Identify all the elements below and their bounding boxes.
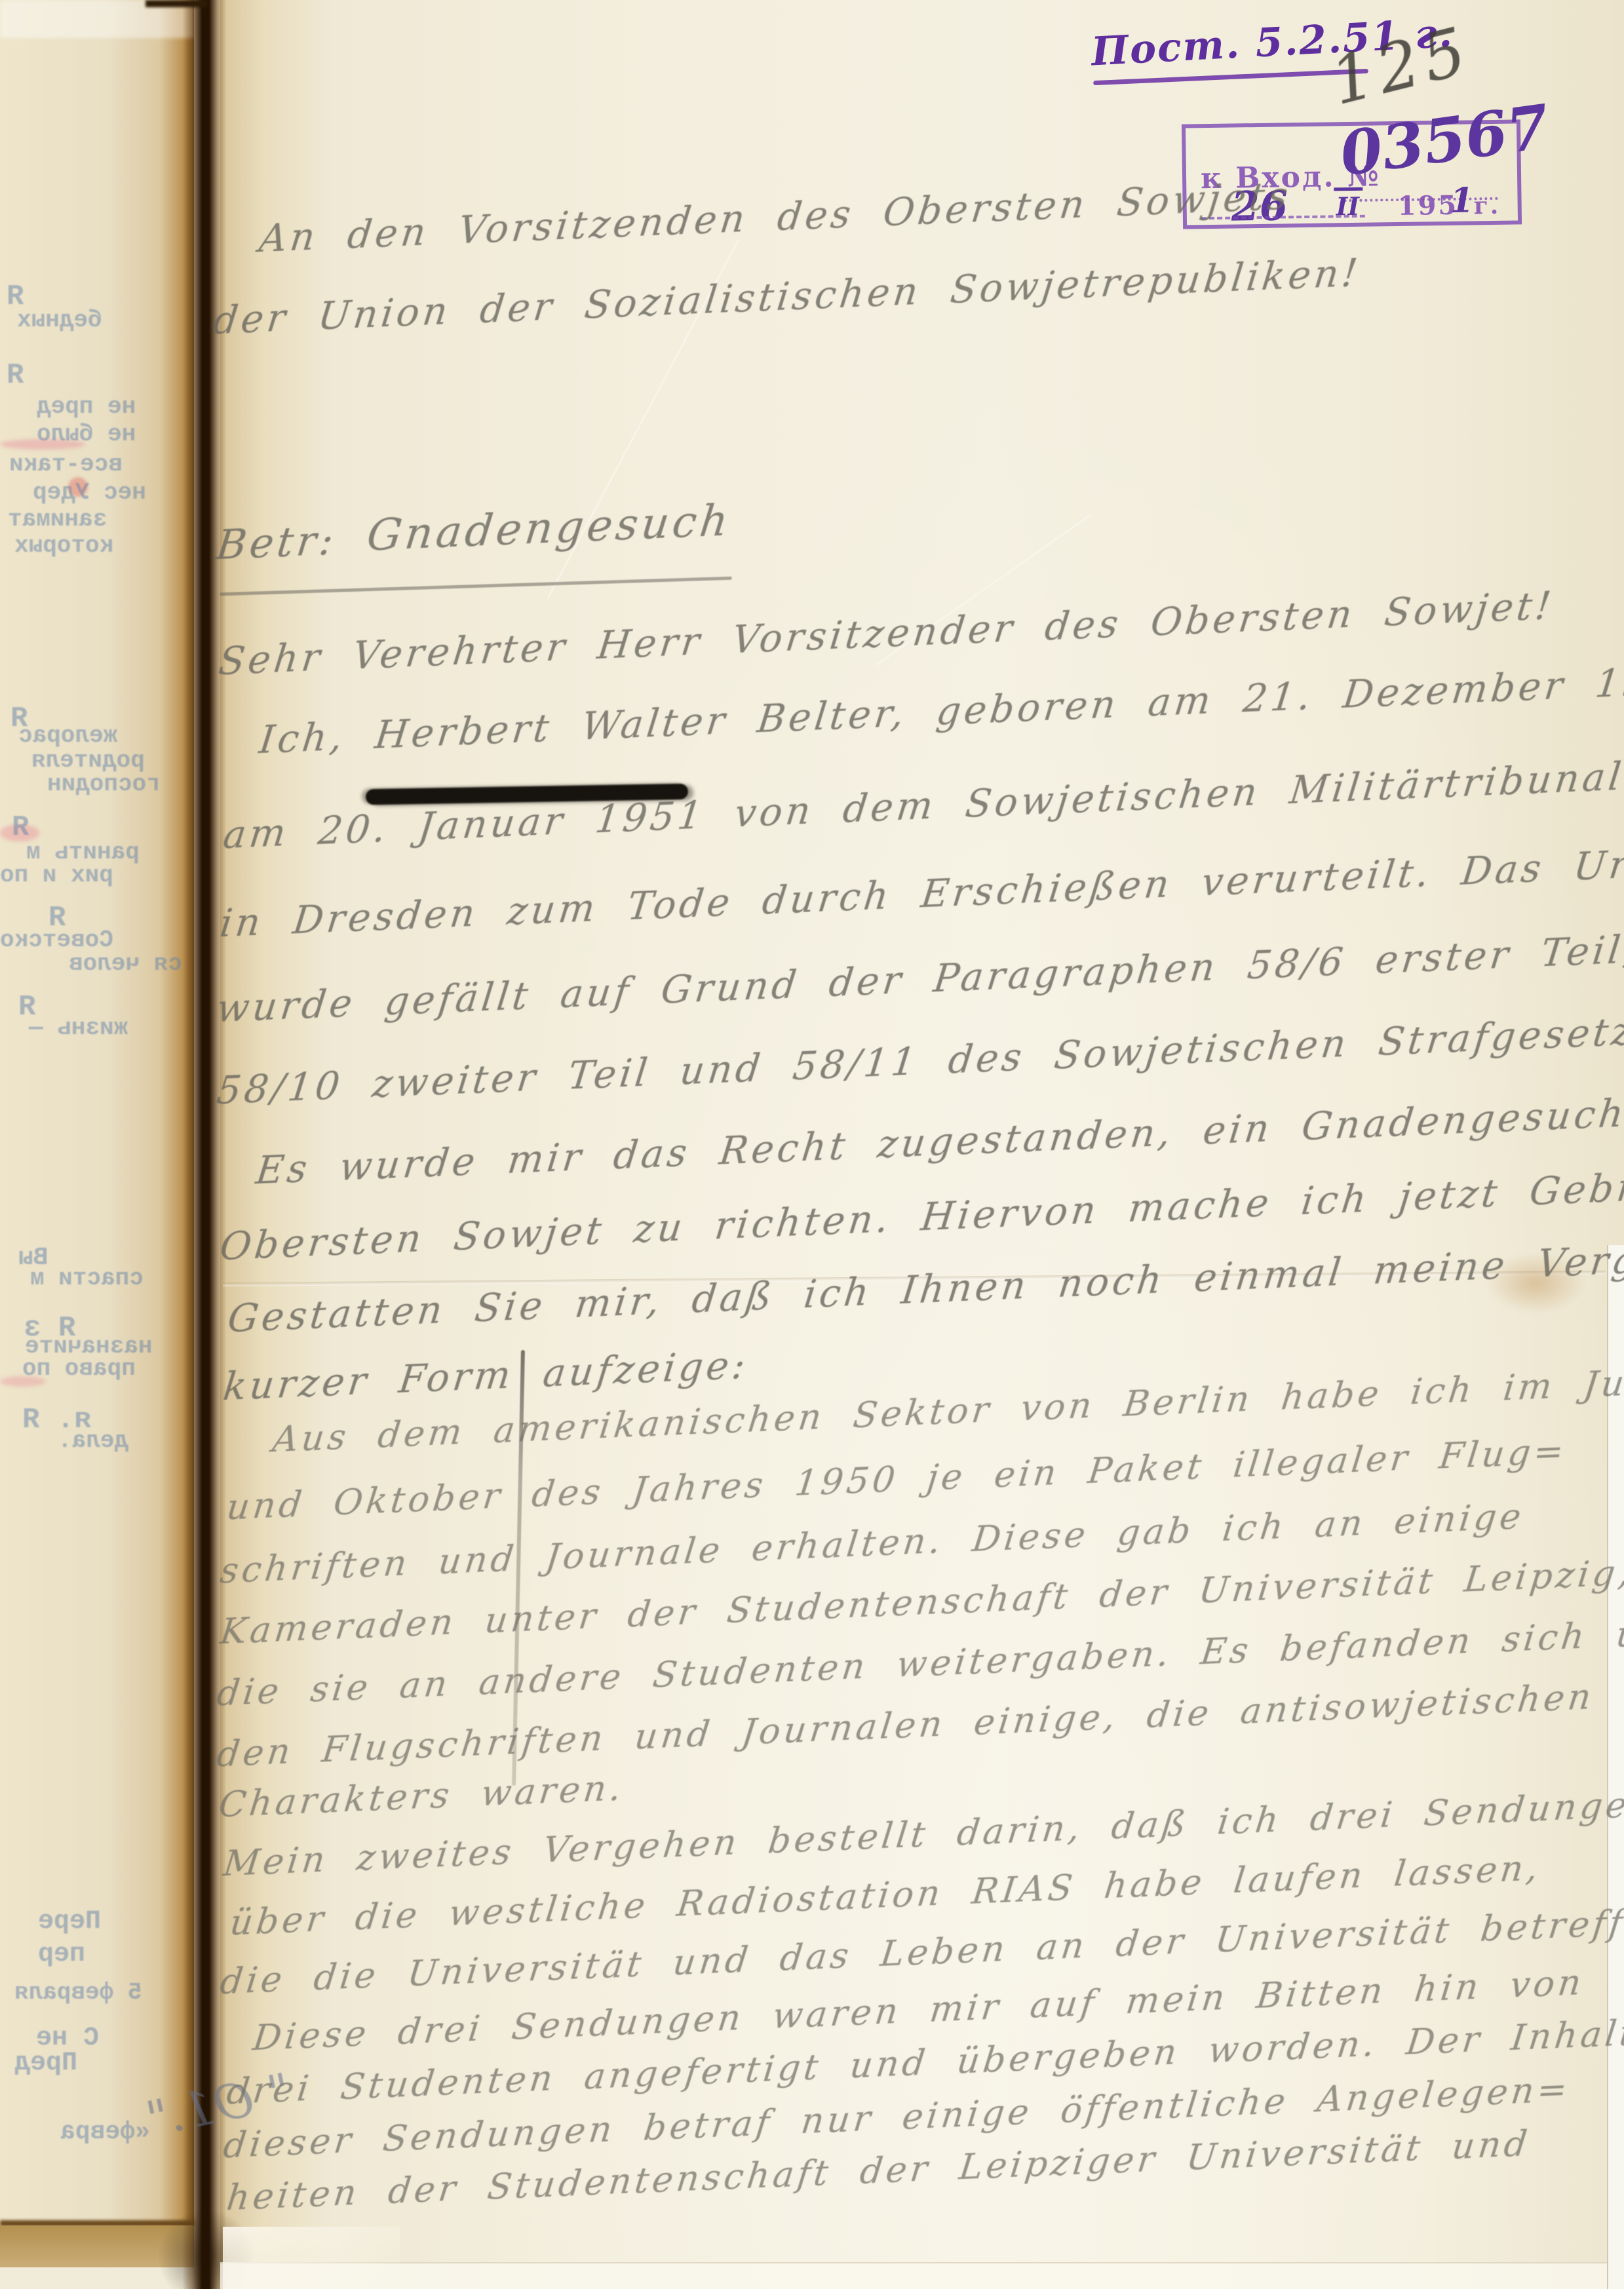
top-edge-mark [145,0,208,7]
verso-fragment: Советско [0,927,113,953]
verso-fragment: Я [7,359,24,392]
verso-fragment: Пред [14,2049,77,2078]
scanned-document-page: Я бедных Я не пред не было все-таки нес … [0,0,1624,2289]
page-bottom-strip [220,2262,1624,2289]
stamp-year-digit: 1 [1450,180,1474,220]
verso-fragment: дела. [58,1427,128,1454]
verso-fragment: бедных [17,307,102,334]
gutter-shadow [182,0,225,2289]
verso-fragment: «февра [60,2118,150,2146]
verso-fragment: пер [38,1940,85,1969]
stamp-year-suffix: г. [1473,192,1500,220]
verso-fragment: Пере [38,1907,101,1936]
stamp-month-overline [1334,187,1363,191]
previous-page-edge [0,0,194,2289]
verso-fragment: занимат [8,506,107,533]
verso-fragment: не пред [37,393,136,420]
verso-fragment: рих и по [0,862,113,889]
verso-fragment: 5 февраля [14,1979,142,2006]
verso-fragment: жизнь — [29,1014,128,1041]
verso-fragment: спасти м [30,1265,144,1292]
verso-fragment: господин [47,771,161,798]
verso-fragment: все-таки [9,451,123,478]
verso-fragment: нес Удер [33,479,146,506]
verso-fragment: которых [14,532,113,559]
page-corner-highlight [223,2227,400,2289]
verso-fragment: родителя [31,747,145,774]
subject-label: Betr: [214,516,339,569]
verso-fragment: ся челов [69,950,182,977]
verso-fragment: желорас [18,722,117,749]
verso-fragment: не было [37,421,136,448]
verso-fragment: право по [22,1355,136,1382]
